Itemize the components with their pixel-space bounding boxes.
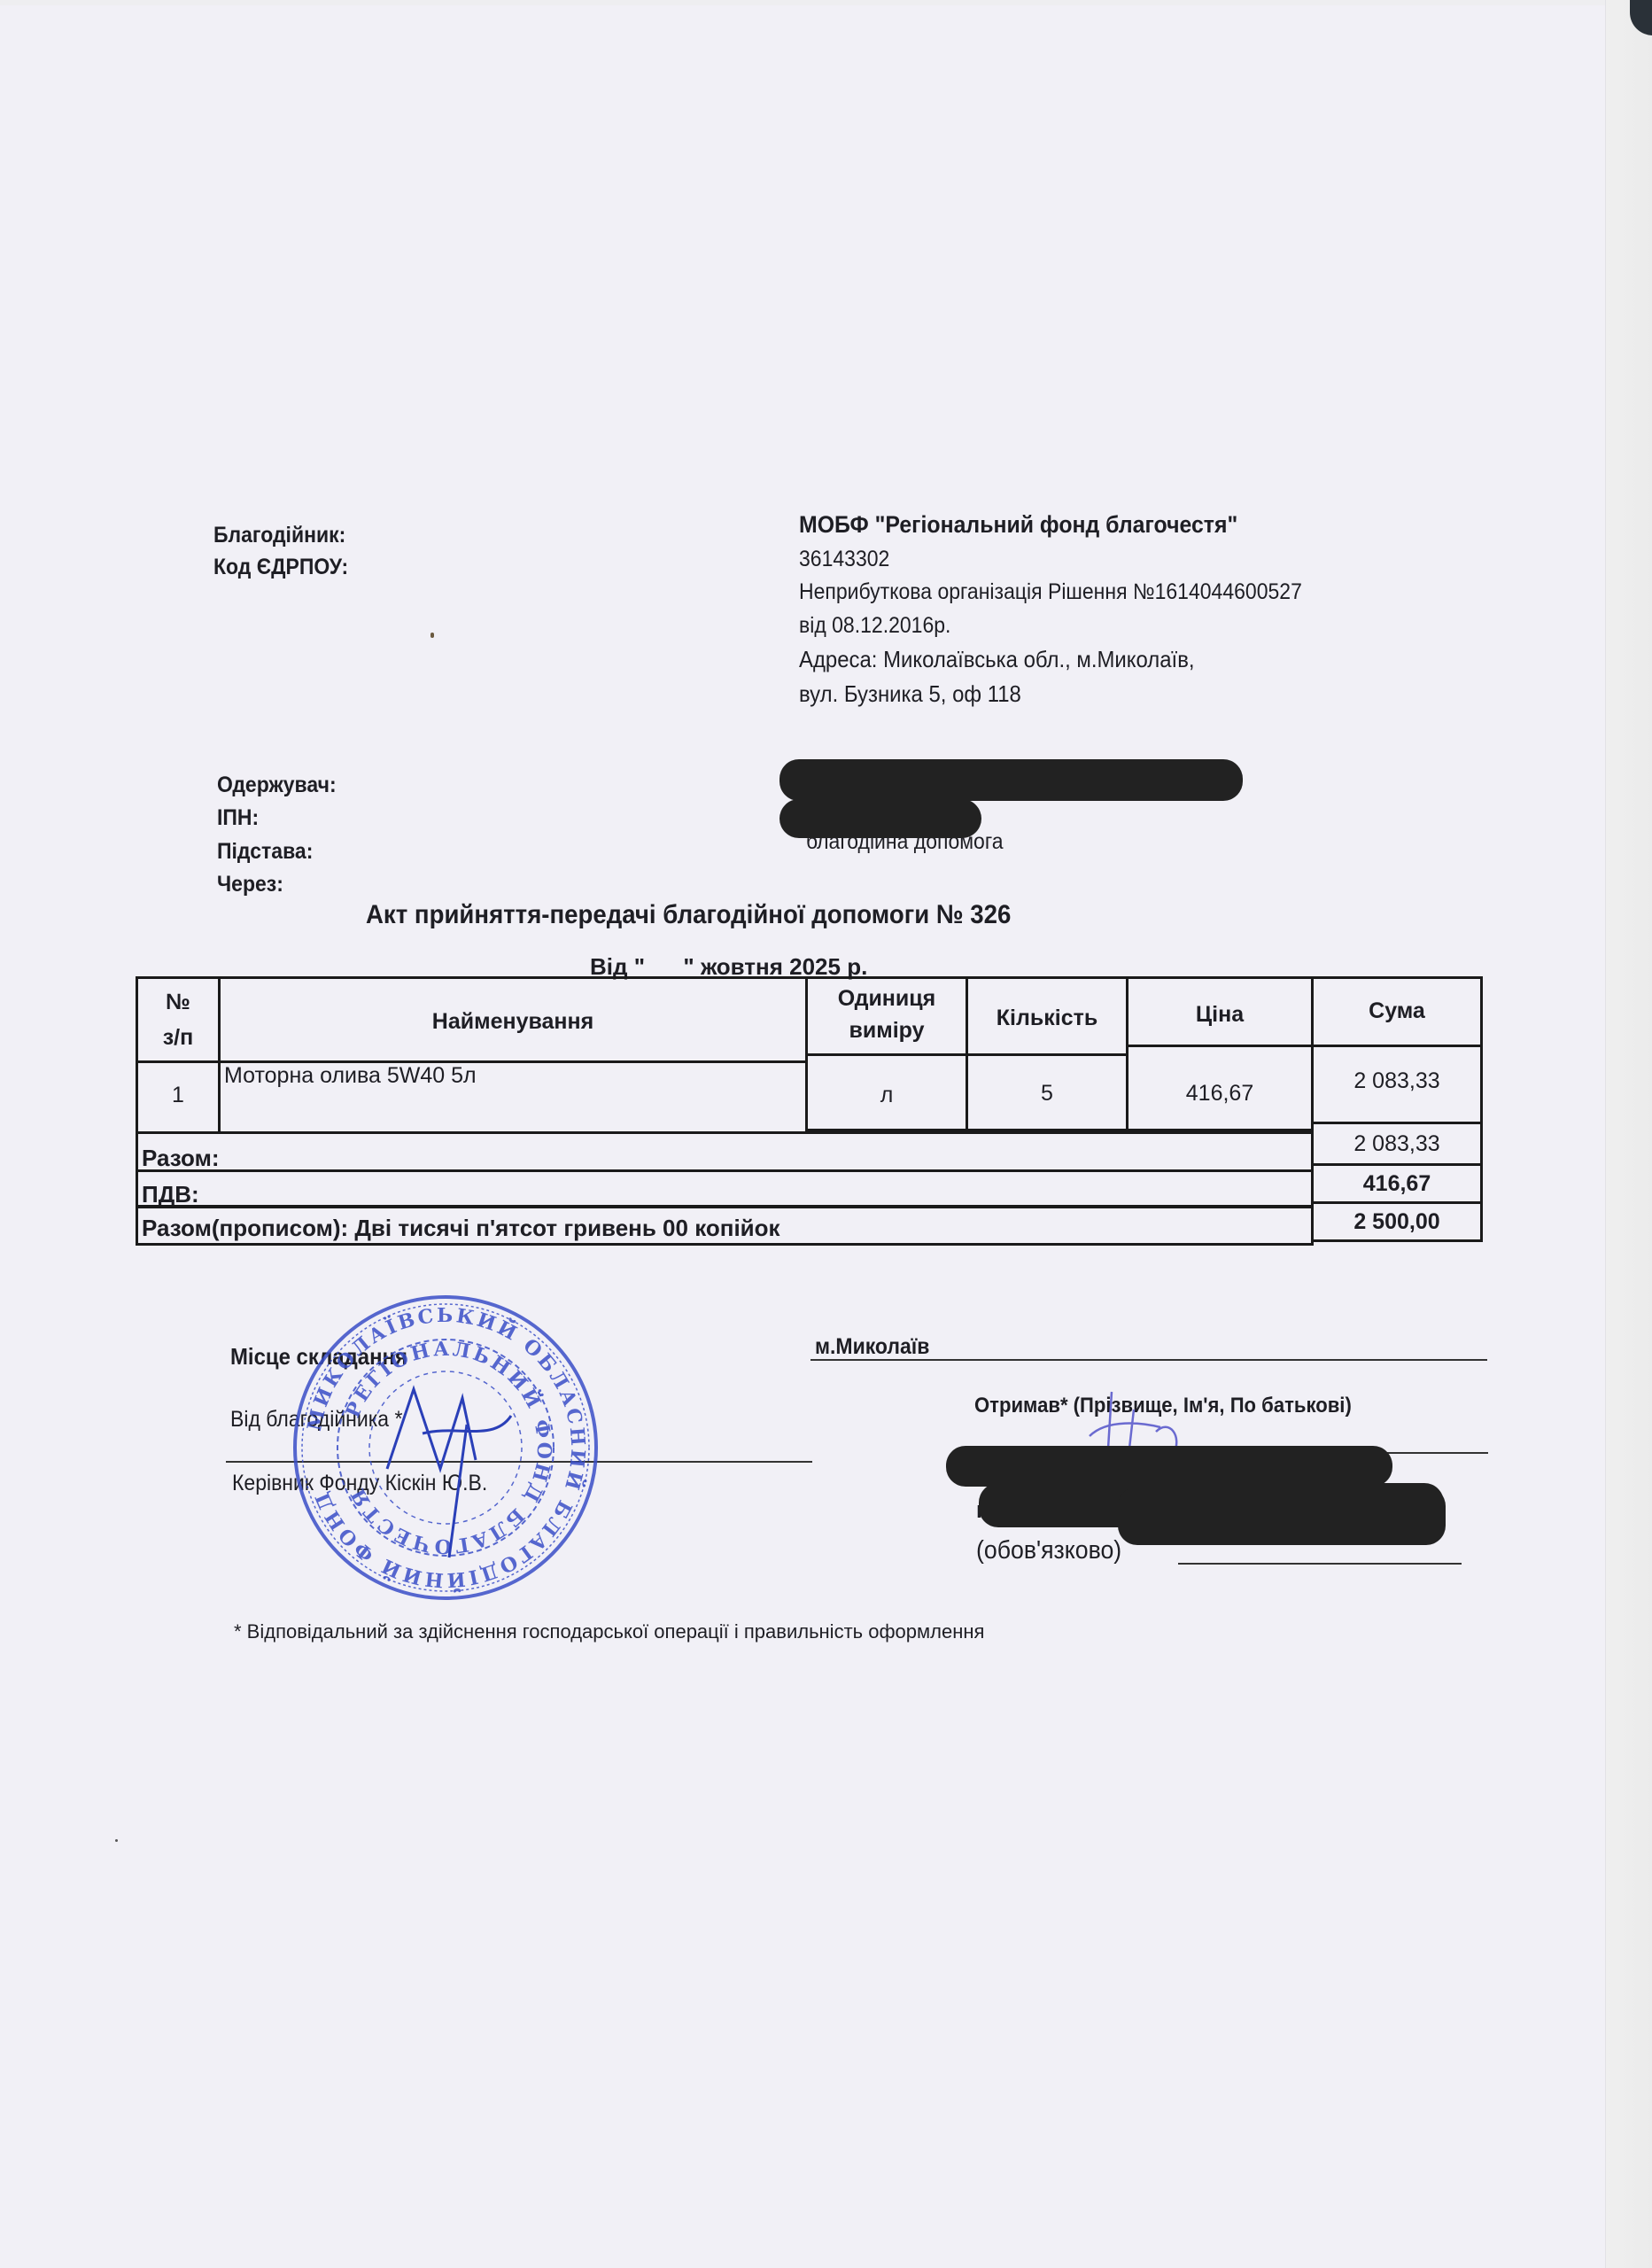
donor-name: МОБФ "Регіональний фонд благочестя": [799, 511, 1237, 539]
scan-speck: [115, 1839, 118, 1842]
address-line-2: вул. Бузника 5, оф 118: [799, 680, 1021, 708]
footnote: * Відповідальний за здійснення господарс…: [234, 1620, 984, 1643]
svg-text:РЕГІОНАЛЬНИЙ ФОНД БЛАГОЧЕСТЯ: РЕГІОНАЛЬНИЙ ФОНД БЛАГОЧЕСТЯ: [341, 1338, 555, 1558]
total-value-cell: 2 083,33: [1311, 1122, 1483, 1166]
table-row-name: Моторна олива 5W40 5л: [218, 1060, 808, 1134]
redaction-bar: [779, 799, 981, 838]
edrpou-label: Код ЄДРПОУ:: [213, 555, 348, 580]
mandatory-line: [1178, 1563, 1462, 1565]
address-line-1: Адреса: Миколаївська обл., м.Миколаїв,: [799, 646, 1195, 673]
vat-value-cell: 416,67: [1311, 1163, 1483, 1204]
via-label: Через:: [217, 872, 283, 897]
recipient-label: Одержувач:: [217, 773, 337, 798]
organization-stamp: МИКОЛАЇВСЬКИЙ ОБЛАСНИЙ БЛАГОДІЙНИЙ ФОНД …: [290, 1292, 601, 1604]
mandatory-label: (обов'язково): [976, 1536, 1121, 1565]
donor-code: 36143302: [799, 547, 889, 572]
table-row-unit: л: [805, 1053, 968, 1131]
table-row-sum: 2 083,33: [1311, 1045, 1483, 1124]
header-name: Найменування: [218, 976, 808, 1063]
table-row-num: 1: [136, 1060, 221, 1134]
nonprofit-line-2: від 08.12.2016р.: [799, 613, 950, 639]
redaction-bar: [1118, 1487, 1446, 1545]
redaction-bar: [779, 759, 1243, 801]
ipn-label: ІПН:: [217, 805, 259, 831]
header-price: Ціна: [1126, 976, 1314, 1047]
header-unit: Одиниця виміру: [805, 976, 968, 1056]
scanner-corner: [1630, 0, 1652, 35]
scan-speck: [430, 633, 434, 638]
table-row-price: 416,67: [1126, 1045, 1314, 1131]
table-row-qty: 5: [966, 1053, 1128, 1131]
redaction-bar: [946, 1446, 1392, 1487]
donor-label: Благодійник:: [213, 523, 345, 548]
header-num: № з/п: [136, 976, 221, 1063]
place-underline: [810, 1359, 1487, 1361]
act-title: Акт прийняття-передачі благодійної допом…: [366, 900, 1011, 930]
place-value: м.Миколаїв: [815, 1334, 929, 1360]
vat-row: ПДВ:: [136, 1169, 1314, 1208]
basis-label: Підстава:: [217, 839, 313, 865]
grand-total-cell: 2 500,00: [1311, 1201, 1483, 1242]
header-sum: Сума: [1311, 976, 1483, 1047]
total-row: Разом:: [136, 1131, 1314, 1172]
scanned-page: Благодійник: Код ЄДРПОУ: МОБФ "Регіональ…: [0, 5, 1605, 2268]
words-row: Разом(прописом): Дві тисячі п'ятсот грив…: [136, 1205, 1314, 1246]
scanner-edge: [1605, 0, 1652, 2268]
nonprofit-line-1: Неприбуткова організація Рішення №161404…: [799, 579, 1302, 605]
header-qty: Кількість: [966, 976, 1128, 1056]
